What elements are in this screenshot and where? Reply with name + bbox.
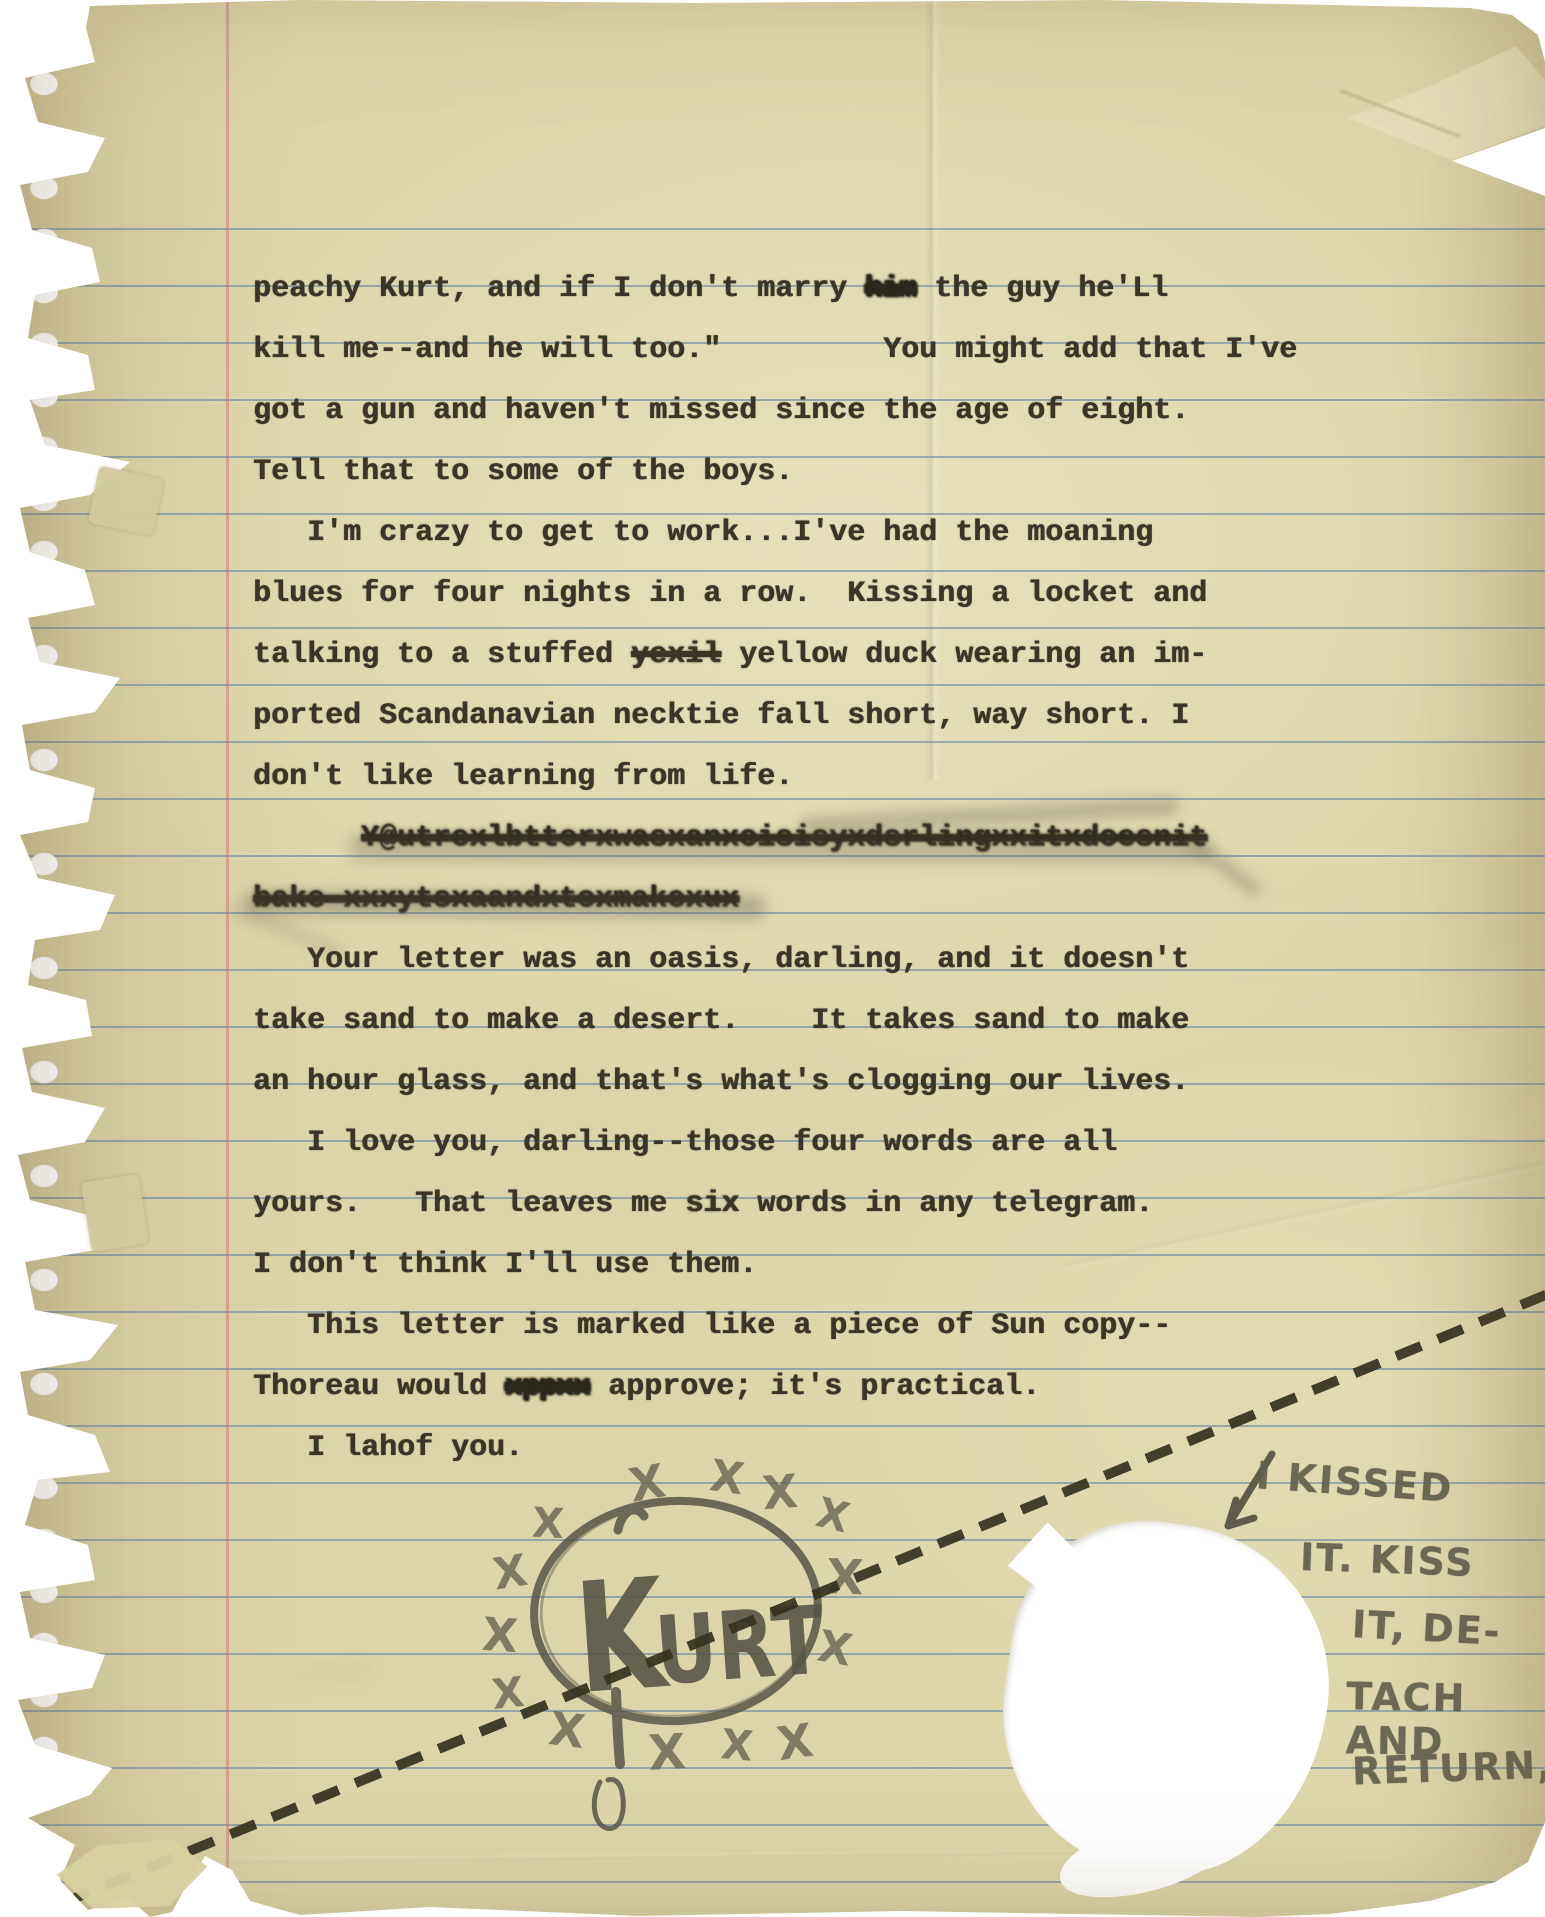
typed-line: don't like learning from life.: [253, 760, 793, 794]
pencil-o-mark: [594, 1780, 623, 1829]
paper-sheet: peachy Kurt, and if I don't marry him th…: [0, 0, 1545, 1917]
typed-line: kill me--and he will too." You might add…: [253, 333, 1297, 367]
torn-paper-scrap: [81, 1174, 149, 1252]
pencil-smudge: [350, 834, 1210, 865]
typed-line: This letter is marked like a piece of Su…: [253, 1309, 1171, 1343]
typed-line: I love you, darling--those four words ar…: [253, 1126, 1117, 1160]
kiss-x-mark: X: [531, 1499, 565, 1549]
kiss-x-mark: X: [760, 1464, 799, 1520]
handwritten-note-line: IT. KISS: [1299, 1535, 1475, 1585]
typed-line: I'm crazy to get to work...I've had the …: [253, 516, 1153, 550]
typed-line: Your letter was an oasis, darling, and i…: [253, 943, 1189, 977]
typed-line: talking to a stuffed yexil yellow duck w…: [253, 638, 1207, 672]
kiss-x-mark: X: [812, 1488, 855, 1542]
pencil-smudge: [245, 891, 765, 920]
typed-line: got a gun and haven't missed since the a…: [253, 394, 1189, 428]
typed-line: Thoreau would xppxx approve; it's practi…: [253, 1370, 1040, 1404]
typed-line: I don't think I'll use them.: [253, 1248, 757, 1282]
typed-line: ported Scandanavian necktie fall short, …: [253, 699, 1189, 733]
kiss-x-mark: X: [774, 1713, 817, 1771]
kiss-x-mark: X: [707, 1450, 747, 1505]
typed-line: peachy Kurt, and if I don't marry him th…: [253, 272, 1168, 306]
kiss-x-mark: X: [489, 1545, 530, 1601]
typed-line: take sand to make a desert. It takes san…: [253, 1004, 1189, 1038]
kiss-x-mark: X: [647, 1724, 687, 1782]
typed-line: yours. That leaves me six words in any t…: [253, 1187, 1153, 1221]
typed-line: blues for four nights in a row. Kissing …: [253, 577, 1207, 611]
typed-line: Tell that to some of the boys.: [253, 455, 793, 489]
kiss-x-mark: X: [719, 1720, 755, 1771]
handwritten-note-line: IT, DE-: [1351, 1602, 1503, 1654]
kiss-x-mark: X: [546, 1701, 588, 1759]
scanned-letter-page: peachy Kurt, and if I don't marry him th…: [0, 0, 1545, 1917]
handwritten-note-line: RETURN,: [1351, 1742, 1545, 1793]
kurt-signature: KURT K URT XXXXXXXXXXXXXX: [430, 1430, 900, 1860]
typed-line: an hour glass, and that's what's cloggin…: [253, 1065, 1189, 1099]
kiss-x-mark: X: [480, 1607, 519, 1663]
